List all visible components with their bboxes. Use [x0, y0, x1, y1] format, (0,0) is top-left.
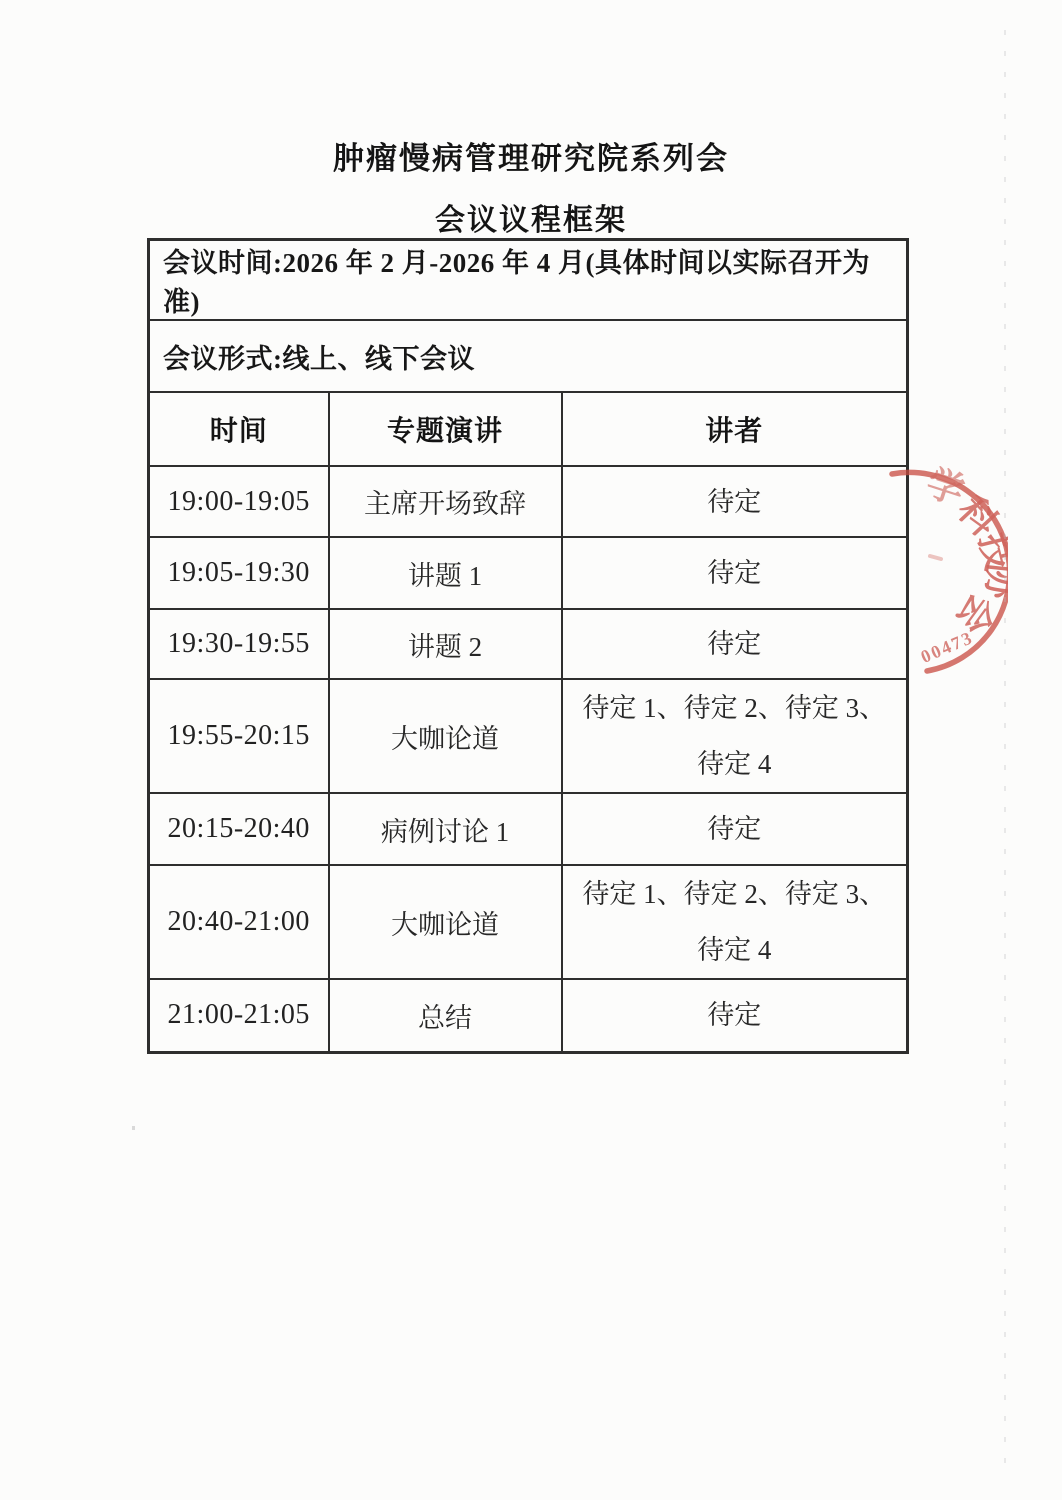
time-cell: 20:15-20:40: [149, 793, 329, 865]
column-header-topic: 专题演讲: [329, 392, 562, 466]
topic-cell: 主席开场致辞: [329, 466, 562, 537]
table-row: 21:00-21:05 总结 待定: [149, 979, 908, 1052]
seal-arc-char: 科: [949, 489, 1005, 545]
seal-arc-char: 技: [971, 529, 1008, 575]
table-row: 19:05-19:30 讲题 1 待定: [149, 537, 908, 609]
meeting-time-row: 会议时间:2026 年 2 月-2026 年 4 月(具体时间以实际召开为准): [149, 240, 908, 321]
table-row: 19:55-20:15 大咖论道 待定 1、待定 2、待定 3、 待定 4: [149, 679, 908, 793]
topic-cell: 讲题 2: [329, 609, 562, 679]
table-row: 19:30-19:55 讲题 2 待定: [149, 609, 908, 679]
table-row: 19:00-19:05 主席开场致辞 待定: [149, 466, 908, 537]
scan-speck: [132, 1126, 135, 1130]
speaker-cell: 待定: [562, 979, 908, 1052]
scanner-artifact-line: [1004, 30, 1006, 1470]
document-title: 肿瘤慢病管理研究院系列会: [0, 133, 1062, 178]
speaker-cell: 待定 1、待定 2、待定 3、 待定 4: [562, 679, 908, 793]
topic-cell: 总结: [329, 979, 562, 1052]
topic-cell: 讲题 1: [329, 537, 562, 609]
time-cell: 19:30-19:55: [149, 609, 329, 679]
seal-ink-mark: [930, 556, 941, 559]
column-header-time: 时间: [149, 392, 329, 466]
agenda-table: 会议时间:2026 年 2 月-2026 年 4 月(具体时间以实际召开为准) …: [147, 238, 909, 1054]
meeting-format-row: 会议形式:线上、线下会议: [149, 320, 908, 392]
seal-arc-char: 会: [948, 586, 1004, 641]
speaker-cell: 待定 1、待定 2、待定 3、 待定 4: [562, 865, 908, 979]
speaker-cell: 待定: [562, 609, 908, 679]
speaker-cell: 待定: [562, 793, 908, 865]
table-row: 20:40-21:00 大咖论道 待定 1、待定 2、待定 3、 待定 4: [149, 865, 908, 979]
speaker-cell: 待定: [562, 466, 908, 537]
table-header-row: 时间 专题演讲 讲者: [149, 392, 908, 466]
topic-cell: 大咖论道: [329, 679, 562, 793]
time-cell: 19:05-19:30: [149, 537, 329, 609]
seal-number: 00473: [918, 627, 976, 667]
column-header-speaker: 讲者: [562, 392, 908, 466]
document-subtitle: 会议议程框架: [0, 195, 1062, 239]
time-cell: 21:00-21:05: [149, 979, 329, 1052]
seal-border-arc: [892, 472, 1008, 671]
time-cell: 20:40-21:00: [149, 865, 329, 979]
time-cell: 19:00-19:05: [149, 466, 329, 537]
document-page: 肿瘤慢病管理研究院系列会 会议议程框架 会议时间:2026 年 2 月-2026…: [0, 0, 1062, 1500]
speaker-cell: 待定: [562, 537, 908, 609]
seal-arc-char: 学: [921, 462, 969, 513]
meeting-format-cell: 会议形式:线上、线下会议: [149, 320, 908, 392]
table-row: 20:15-20:40 病例讨论 1 待定: [149, 793, 908, 865]
topic-cell: 病例讨论 1: [329, 793, 562, 865]
topic-cell: 大咖论道: [329, 865, 562, 979]
time-cell: 19:55-20:15: [149, 679, 329, 793]
meeting-time-cell: 会议时间:2026 年 2 月-2026 年 4 月(具体时间以实际召开为准): [149, 240, 908, 321]
